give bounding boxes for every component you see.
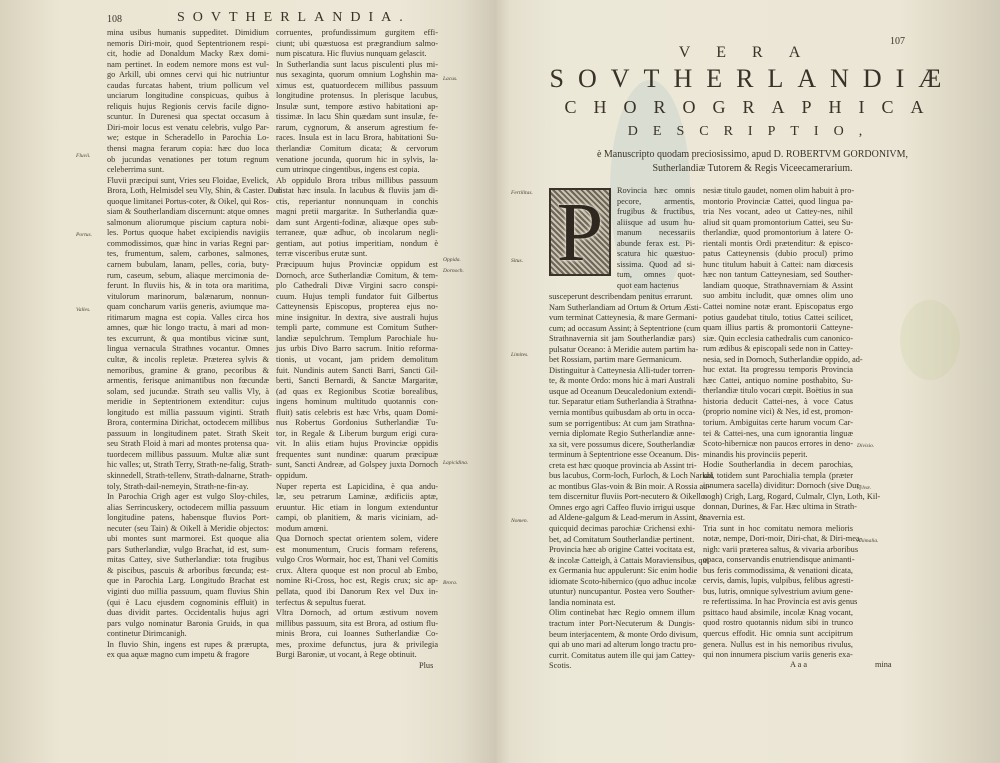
text-line: Nuper reperta est Lapicidina, è qua andu…: [276, 482, 438, 493]
text-line: Brora, Loth, Helmisdel seu Vly, Shin, & …: [107, 186, 269, 197]
text-line: celeberrima sunt.: [107, 165, 269, 176]
text-line: tractum inter Port-Necuterum & Dungis-: [549, 619, 695, 630]
text-line: bus, lutris, omnique sylvestrium avium g…: [703, 587, 853, 598]
text-line: lingua vernacula Strathnes vocantur. Omn…: [107, 344, 269, 355]
text-line: rum ædibus & episcopali sede non in Catt…: [703, 344, 853, 355]
text-line: Nam Sutherlandiam ad Ortum & Ortum Æsti-: [549, 303, 695, 314]
text-line: seu Strath Floid à mari ad montes proten…: [107, 439, 269, 450]
text-line: nus Robertus Gordonius Sutherlandiæ Tu-: [276, 418, 438, 429]
margin-note: Nomen.: [511, 518, 528, 524]
text-line: meridie in Septentrionem extenditur: cuj…: [107, 397, 269, 408]
text-line: quoque limitanei Portus-coter, & Oikel, …: [107, 197, 269, 208]
text-line: aliisque ad usum hu-: [617, 218, 695, 229]
text-line: ex qua aquæ magno cum impetu & fragore: [107, 650, 269, 661]
text-line: torium. Ambiguitas certe harum vocum Car…: [703, 418, 853, 429]
text-line: ingens hominum multitudo quotannis con-: [276, 397, 438, 408]
text-line: continetur Dirimcanigh.: [107, 629, 269, 640]
text-line: ex Germania huc appulerunt: Sic enim hod…: [549, 566, 695, 577]
text-line: terræ visceribus erutæ sunt.: [276, 249, 438, 260]
text-line: navernia est.: [703, 513, 853, 524]
text-line: vit. In aliis etiam hujus Provinciæ oppi…: [276, 439, 438, 450]
text-line: Hodie Southerlandia in decem parochias,: [703, 460, 853, 471]
text-line: qui non innumera piscium variis generis …: [703, 650, 853, 661]
text-line: hunc titulum habuit à Cattei: nam diœces…: [703, 260, 853, 271]
text-line: In Parochia Crigh ager est vulgo Sloy-ch…: [107, 492, 269, 503]
text-line: armentis, ferisque animantibus non fœcun…: [107, 376, 269, 387]
text-line: patus Catteynensis (dubio procul) primo: [703, 249, 853, 260]
text-line: scuntur. In Durenesi qua spectat occasum…: [107, 112, 269, 123]
catchword: mina: [875, 660, 892, 669]
text-line: hæc non tantum Catteynesiam, sed Souther…: [703, 270, 853, 281]
text-line: solam, sed jucundæ. Strath seu vallis Vl…: [107, 387, 269, 398]
text-line: Diri-moir locus est venatu celebris, vul…: [107, 123, 269, 134]
text-line: quot eam hactenus: [617, 281, 695, 292]
title-line-1: VERA: [505, 44, 1000, 62]
text-line: siæ. Quin ecclesia cathedralis cum canon…: [703, 334, 853, 345]
text-line: ad Aldene-galgum & Lead-merum in Assint,…: [549, 513, 695, 524]
text-line: therlandiæ Comitum dicata; & cervorum: [276, 144, 438, 155]
text-line: modum amœni.: [276, 524, 438, 535]
text-line: aliud sit quam promontorium Cattei, seu …: [703, 218, 853, 229]
drop-cap-letter: P: [551, 184, 609, 281]
text-line: Scotis.: [549, 661, 695, 672]
text-line: fluit) satis celebris est hæc Vrbs, quam…: [276, 408, 438, 419]
text-line: Strathnavernia sit jam Southerlandiæ par…: [549, 334, 695, 345]
text-line: suo ambitu includit, quæ omnes olim uno: [703, 291, 853, 302]
text-line: (qui è Lacu ejusdem cognominis effluit) …: [107, 598, 269, 609]
text-line: vitulorum marinorum, balænarum, nonnun-: [107, 292, 269, 303]
text-line: toly, Strath-dail-nemeyin, Strath-ne-fin…: [107, 482, 269, 493]
text-line: nesia, sed in Dornoch, Sutherlandiæ oppi…: [703, 355, 853, 366]
text-line: Scoto-hibernicæ non paucos errores in de…: [703, 439, 853, 450]
text-line: est monumentum, Crucis formam referens,: [276, 545, 438, 556]
text-line: Brora, contermina Dirichat, octodecem mi…: [107, 418, 269, 429]
text-beside-drop-cap: Rovincia hæc omnispecore, armentis,frugi…: [617, 186, 695, 291]
text-line: vernia montibus quibusdam ab ortu in occ…: [549, 408, 695, 419]
text-line: tes excurrunt, & qua montibus vicinæ sun…: [107, 334, 269, 345]
text-line: races. Insula est in lacu Brora, habitat…: [276, 133, 438, 144]
text-line: huc extat. Ita progressu temporis Provin…: [703, 365, 853, 376]
signature-mark: A a a: [790, 660, 807, 669]
text-line: ob jucundas venationes per totum regnum: [107, 155, 269, 166]
text-line: cum; ad occasum Assint; à Septentrione (…: [549, 324, 695, 335]
margin-note: Animalia.: [857, 538, 879, 544]
text-line: pulsatur Oceano: à Meridie autem partim …: [549, 345, 695, 356]
text-line: longitudine protensus. In plerisque lacu…: [276, 91, 438, 102]
text-line: quercus effodit. Hic omnia sunt accipitr…: [703, 629, 853, 640]
text-line: caudas furcatas habent, trium pollicum v…: [107, 81, 269, 92]
text-line: longitudine patens, habensque fluvios Po…: [107, 513, 269, 524]
text-line: xa sit, vere possumus dicere, Southerlan…: [549, 440, 695, 451]
text-line: nesiæ titulo gaudet, nomen olim habuit à…: [703, 186, 853, 197]
text-line: reliquis hujus Regionis cervis facile di…: [107, 102, 269, 113]
margin-note: Portus.: [76, 232, 92, 238]
text-column-right-2: nesiæ titulo gaudet, nomen olim habuit à…: [703, 186, 853, 661]
text-line: ac montibus Glas-voin & Bin moir. A Ross…: [549, 482, 695, 493]
margin-note: Lapicidina.: [443, 460, 468, 466]
margin-note: Lacus.: [443, 76, 458, 82]
margin-note: Fertilitas.: [511, 190, 533, 196]
text-line: sum se porrigentibus: At cum jam Strathn…: [549, 419, 695, 430]
text-line: tei & Cattei-nes, una cum ignorantia lin…: [703, 429, 853, 440]
text-line: Distinguitur à Catteynesia Alli-tuder to…: [549, 366, 695, 377]
text-line: Qua Dornoch spectat orientem solem, vide…: [276, 534, 438, 545]
subtitle-line-1: è Manuscripto quodam preciosissimo, apud…: [505, 149, 1000, 160]
text-line: necuter (seu Tain) & Oikell à Meridie ob…: [107, 524, 269, 535]
subtitle-line-2: Sutherlandiæ Tutorem & Regis Viceecamera…: [505, 163, 1000, 174]
text-line: mes, proxime defunctus, jura & privilegi…: [276, 640, 438, 651]
text-column-right-1: susceperunt describendam penitus errarun…: [549, 292, 695, 672]
title-line-2: SOVTHERLANDIÆ: [505, 64, 1000, 94]
text-line: pecore, armentis,: [617, 197, 695, 208]
text-line: minandis his provinciis peperit.: [703, 450, 853, 461]
text-line: te, & monte Ordo: mons hic à mari Austra…: [549, 376, 695, 387]
text-line: dam sunt Argenti-fodinæ, aliæque opes su…: [276, 218, 438, 229]
text-line: scatura hic quæstuo-: [617, 249, 695, 260]
text-line: siam & Southerlandiam discernunt: atque …: [107, 207, 269, 218]
text-line: mine insignitur. In dextra, sive austral…: [276, 313, 438, 324]
text-line: montorio Provinciæ Cattei, quod lingua p…: [703, 197, 853, 208]
text-line: tur. Separatur etiam Sutherlandia à Stra…: [549, 397, 695, 408]
text-line: vulgo Cros Wormair, hoc est, Thani vel C…: [276, 555, 438, 566]
text-line: cum utrinque cingentibus, ingens est cop…: [276, 165, 438, 176]
text-line: læ, seu petrarum Laminæ, ædificiis aptæ,: [276, 492, 438, 503]
text-line: nomine Ri-Cross, hoc est, Regis crux; si…: [276, 576, 438, 587]
text-line: we; estque in Scheradello in Parochia Lo…: [107, 133, 269, 144]
text-line: bet Rossiam, partim mare Germanicum.: [549, 355, 695, 366]
margin-note: Sylvæ.: [857, 485, 871, 491]
text-line: In fluvio Shin, ingens est rupes & præru…: [107, 640, 269, 651]
text-line: beum interjacentem, & monte Ordo divisum…: [549, 630, 695, 641]
text-line: ctis, reperiantur nonnunquam in conchis: [276, 197, 438, 208]
text-line: Præcipuum hujus Provinciæ oppidum est: [276, 260, 438, 271]
text-line: qui ab uno mari ad alterum longo tractu …: [549, 640, 695, 651]
folio-number: 108: [107, 14, 122, 25]
text-line: notæ, nempe, Dori-moir, Diri-chat, & Dir…: [703, 534, 853, 545]
text-line: quam illius partis & promontorii Catteyn…: [703, 323, 853, 334]
text-line: bus lacubus, Corm-loch, Furloch, & Loch …: [549, 471, 695, 482]
text-line: Insulæ sunt, tempore æstivo habitationi …: [276, 102, 438, 113]
text-line: nigh: varii præterea saltus, & vivaria a…: [703, 545, 853, 556]
margin-note: Limites.: [511, 352, 529, 358]
text-line: ubi montes sunt marmorei. Est quoque ali…: [107, 534, 269, 545]
text-line: thensi magna ferarum copia: hæc duo loca: [107, 144, 269, 155]
text-line: corruentes, profundissimum gurgitem effi…: [276, 28, 438, 39]
text-line: currit. Comitatus autem ille qui jam Cat…: [549, 651, 695, 662]
text-line: landia nominata est.: [549, 598, 695, 609]
text-line: quam concharum variis generis, aviumque …: [107, 302, 269, 313]
text-line: therlandiæ, quod promontorium à latere O…: [703, 228, 853, 239]
text-line: Olim continebat hæc Regio omnem illum: [549, 608, 695, 619]
margin-note: Fluvii.: [76, 153, 91, 159]
text-line: sissima. Quod ad si-: [617, 260, 695, 271]
text-line: jus urbis Divo Barro sacrum. Initio refo…: [276, 344, 438, 355]
text-line: mitas Cattey, sive Sutherlandiæ: tota fr…: [107, 555, 269, 566]
catchword: Plus: [419, 661, 433, 670]
text-line: bus feris commodissima, & venationi dica…: [703, 566, 853, 577]
text-line: therlandiæ titulo vocari cœpit. Boëtius …: [703, 386, 853, 397]
text-line: Burgi Baroniæ, ut vocant, à Rege obtinui…: [276, 650, 438, 661]
text-line: opaca, conservandis enutriendisque anima…: [703, 555, 853, 566]
text-line: venatione jocunda, quorum hic in sylvis,…: [276, 155, 438, 166]
text-line: distat hæc insula. In lacubus & fluviis …: [276, 186, 438, 197]
text-line: tria Nes vocant, adeo ut Cattey-nes, nih…: [703, 207, 853, 218]
text-line: abunde ferax est. Pi-: [617, 239, 695, 250]
text-line: berti, Sancti Bernardi, & Sanctæ Margari…: [276, 376, 438, 387]
left-page: 108 SOVTHERLANDIA. mina usibus humanis s…: [0, 0, 495, 763]
text-line: unciarum longitudine conspicuas, quibus …: [107, 91, 269, 102]
text-line: Vltra Dornoch, ad ortum æstivum novem: [276, 608, 438, 619]
title-line-4: DESCRIPTIO,: [505, 124, 1000, 140]
text-line: minis Brora, cui Ioannes Sutherlandiæ Co…: [276, 629, 438, 640]
margin-note: Oppida.: [443, 257, 461, 263]
margin-note: Valles.: [76, 307, 91, 313]
text-line: fuit. Nundinis autem Sancti Barri, Sanct…: [276, 366, 438, 377]
text-line: campi, ob planitiem, & maris viciniam, a…: [276, 513, 438, 524]
text-line: Ab oppidulo Brora tribus millibus passuu…: [276, 176, 438, 187]
margin-note: Dornoch.: [443, 268, 464, 274]
text-line: Provincia hæc ab origine Cattei vocitata…: [549, 545, 695, 556]
text-line: Fluvii præcipui sunt, Vries seu Floidae,…: [107, 176, 269, 187]
text-line: num piscatura. Hic fluvius nunquam gelas…: [276, 49, 438, 60]
text-line: ciunt; ubi quæstuosa est prægrandium sal…: [276, 39, 438, 50]
text-line: In Sutherlandia sunt lacus pisculenti pl…: [276, 60, 438, 71]
text-line: millibus passuum, sita est Brora, ad ost…: [276, 619, 438, 630]
text-line: & incolæ Catteigh, à Cattais Moraviensib…: [549, 556, 695, 567]
text-line: passuum in longitudinem patet. Strath Sk…: [107, 429, 269, 440]
text-line: nemoris Diri-moir, quod Septentrionem re…: [107, 39, 269, 50]
text-line: terraneæ, quæ adhuc, ob incolarum negli-: [276, 228, 438, 239]
text-line: re refertissima. In hac Provincia est av…: [703, 597, 853, 608]
text-line: vernia diplomate Regio Sutherlandiæ anne…: [549, 429, 695, 440]
text-line: innumera sacella) dividitur: Dornoch (si…: [703, 481, 853, 492]
text-line: crux. Altera quoque est non procul ab Em…: [276, 566, 438, 577]
text-line: Catteynensis Episcopus, propterea ejus n…: [276, 302, 438, 313]
text-line: sunt, Sancti Andreæ, ad Golspey juxta Do…: [276, 460, 438, 471]
text-line: (proprio nomine vici) & Nes, id est, pro…: [703, 407, 853, 418]
text-column-left-2: corruentes, profundissimum gurgitem effi…: [276, 28, 438, 661]
text-line: & piscibus, pascuis & arboribus fœcunda;…: [107, 566, 269, 577]
text-line: cuum. Hujus templi fundator fuit Gilbert…: [276, 292, 438, 303]
text-line: alias Serrincuskery, octodecem millia pa…: [107, 503, 269, 514]
text-line: nemoribus, gramine & grano, pecoribus &: [107, 366, 269, 377]
text-line: rarum, cygnorum, & anserum agrestium fe-: [276, 123, 438, 134]
text-line: quod rostro quotannis nidum sibi in trun…: [703, 618, 853, 629]
text-line: idiomate Scoto-hibernico (quo adhuc inco…: [549, 577, 695, 588]
text-line: Tria sunt in hoc comitatu nemora meliori…: [703, 524, 853, 535]
text-line: tem discernitur fluviis Port-necutero & …: [549, 492, 695, 503]
text-line: tissimæ. In lacu Shin quædam sunt insulæ…: [276, 112, 438, 123]
margin-note: Brora.: [443, 580, 457, 586]
text-line: creta est hæc quoque provincia ab Assint…: [549, 461, 695, 472]
text-line: templi parte, commune est Comitum Suther…: [276, 323, 438, 334]
text-line: gentiam, aut potius imperitiam, nondum è: [276, 239, 438, 250]
text-line: utuntur) nuncupantur. Postea vero Southe…: [549, 587, 695, 598]
text-line: longitudo est millia passuum viginti. St…: [107, 408, 269, 419]
text-line: ritimarum magna est copia. Valles circa …: [107, 313, 269, 324]
text-line: magni pretii margaritæ. In Sutherlandia …: [276, 207, 438, 218]
text-line: rientali montis Ordi prætenditur: & epis…: [703, 239, 853, 250]
text-line: bet, ad Comitatum Southerlandiæ pertinen…: [549, 535, 695, 546]
text-line: cervis, damis, lupis, vulpibus, felibus …: [703, 576, 853, 587]
text-line: pars Sutherlandiæ, vulgo Brachat, id est…: [107, 545, 269, 556]
text-line: hic valles; ut, Strath Terry, Strath-ne-…: [107, 460, 269, 471]
text-line: historia deducit Cattei-nes, à voce Catu…: [703, 397, 853, 408]
decorated-initial: P: [549, 188, 611, 276]
text-line: (ad quas ex Regionibus Scotiæ borealibus…: [276, 387, 438, 398]
text-line: ximus est, quatuordecem millibus passuum: [276, 81, 438, 92]
text-line: eruuntur. Hic etiam in longum extenduntu…: [276, 503, 438, 514]
text-line: oppidum.: [276, 471, 438, 482]
margin-note: Situs.: [511, 258, 523, 264]
text-line: cit, hodie ad Donaldum Macky Ræx domi-: [107, 49, 269, 60]
text-line: skinnedell, Strath-tellenv, Strath-dalna…: [107, 471, 269, 482]
text-line: Dornoch, arce Sutherlandiæ Comitum, & te…: [276, 271, 438, 282]
text-line: tionis, ut vocant, jam pridem demolitum: [276, 355, 438, 366]
text-line: les. Portus quoque habet excipiendis nav…: [107, 228, 269, 239]
title-line-3: CHOROGRAPHICA: [505, 97, 1000, 118]
text-line: susceperunt describendam penitus errarun…: [549, 292, 695, 303]
text-line: commodissimos, quæ hinc in varias Regni …: [107, 239, 269, 250]
text-line: plo Cathedrali Divæ Virgini sacro conspi…: [276, 281, 438, 292]
text-line: nogh) Crigh, Larg, Rogard, Culmalr, Clyn…: [703, 492, 853, 503]
running-head: SOVTHERLANDIA.: [177, 10, 411, 26]
text-line: carnem bubulam, lanam, pelles, coria, bu…: [107, 260, 269, 271]
text-line: Omnes ergo agri Caffeo fluvio irrigui us…: [549, 503, 695, 514]
text-line: pellata, quod ibi Danorum Rex vel Dux in…: [276, 587, 438, 598]
text-line: que in Parochia Larg. Longitudo Brachat …: [107, 576, 269, 587]
text-line: frugibus & fructibus,: [617, 207, 695, 218]
text-line: psittaco haud absimile, incolæ Knag voca…: [703, 608, 853, 619]
text-line: terfectus & sepultus fuerat.: [276, 598, 438, 609]
book-spread: 108 SOVTHERLANDIA. mina usibus humanis s…: [0, 0, 1000, 763]
text-line: landiæ sepulchrum. Templum Parochiale hu…: [276, 334, 438, 345]
text-line: tor, in Regale & Liberum burgum erigi cu…: [276, 429, 438, 440]
text-line: usque ad Oceanum Deucaledonium extendi-: [549, 387, 695, 398]
text-line: Rovincia hæc omnis: [617, 186, 695, 197]
right-page: 107 VERA SOVTHERLANDIÆ CHOROGRAPHICA DES…: [505, 0, 1000, 763]
text-line: rum, caseum, sebum, aliaque mercimonia d…: [107, 271, 269, 282]
margin-note: Divisio.: [857, 443, 874, 449]
text-line: pars vulgo nominatur Baronia Gruids, in …: [107, 619, 269, 630]
text-line: potius gaudebat titulo, totius Cattei sc…: [703, 313, 853, 324]
text-line: salmonum aliorumque piscium captura nobi…: [107, 218, 269, 229]
text-column-left-1: mina usibus humanis suppeditet. Dimidium…: [107, 28, 269, 661]
text-line: go Arkill, ubi omnes cervi qui hic nutri…: [107, 70, 269, 81]
text-line: ubi totidem sunt Parochialia templa (præ…: [703, 471, 853, 482]
text-line: mina usibus humanis suppeditet. Dimidium: [107, 28, 269, 39]
text-line: amnes, quæ hic longo tractu, à mari ad m…: [107, 323, 269, 334]
text-line: duas dividit partes. Occidentalis hujus …: [107, 608, 269, 619]
text-line: ferunt. In fluviis his, & in tota ora ma…: [107, 281, 269, 292]
text-line: nam pertinet. In eodem nemore mons est v…: [107, 60, 269, 71]
text-line: hæc Cattei, antiquo nomine posthabito, S…: [703, 376, 853, 387]
text-line: landiam quoque, Strathnaverniam & Assint: [703, 281, 853, 292]
text-line: cultæ, & incolis repletæ. Præterea sylvi…: [107, 355, 269, 366]
text-line: tum, omnes quot-: [617, 270, 695, 281]
text-line: nus sexaginta, quorum omnium Loghshin ma…: [276, 70, 438, 81]
text-line: quicquid decimas parochiæ Crichensi exhi…: [549, 524, 695, 535]
text-line: Cattei nomine notæ erant. Episcopatus er…: [703, 302, 853, 313]
text-line: tes, frumentum, salem, carbones, salmone…: [107, 249, 269, 260]
text-line: viginti duo millia passuum, quam fluvius…: [107, 587, 269, 598]
text-line: frequentes sunt nundinæ: quarum præcipuæ: [276, 450, 438, 461]
text-line: terminum à Septentrione esse Oceanum. Di…: [549, 450, 695, 461]
text-line: tuordecem millibus passuum. Multæ aliæ s…: [107, 450, 269, 461]
text-line: vum terminat Catteynesia, & mare Germani…: [549, 313, 695, 324]
text-line: donnan, Durines, & Far. Hæc ultima in St…: [703, 502, 853, 513]
text-line: manum necessariis: [617, 228, 695, 239]
text-line: genera. Nullus est in his nemoribus rivu…: [703, 640, 853, 651]
